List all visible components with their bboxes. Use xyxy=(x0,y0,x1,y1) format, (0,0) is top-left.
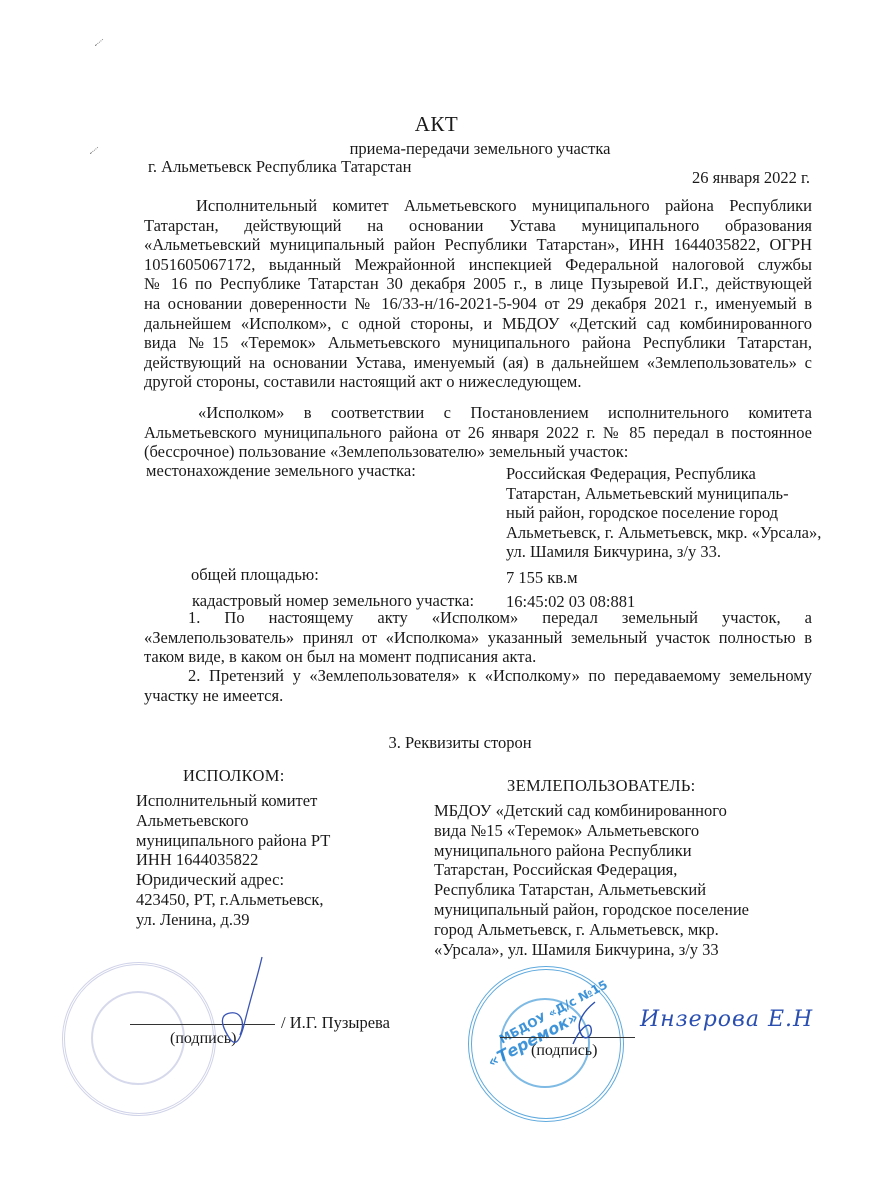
text-line: (бессрочное) пользование «Землепользоват… xyxy=(144,442,812,462)
text-line: Альметьевского xyxy=(136,811,330,831)
clause-1: 1. По настоящему акту «Исполком» передал… xyxy=(144,608,812,667)
text-line: Российская Федерация, Республика xyxy=(506,464,846,484)
text-line: МБДОУ «Детский сад комбинированного xyxy=(434,801,749,821)
text-line: «Исполком» в соответствии с Постановлени… xyxy=(144,403,812,423)
text-line: Юридический адрес: xyxy=(136,870,330,890)
text-line: ул. Шамиля Бикчурина, з/у 33. xyxy=(506,542,846,562)
landuser-details: МБДОУ «Детский сад комбинированного вида… xyxy=(434,801,749,959)
requisites-title: 3. Реквизиты сторон xyxy=(0,733,873,753)
text-line: 2. Претензий у «Землепользователя» к «Ис… xyxy=(144,666,812,686)
text-line: муниципальный район, городское поселение xyxy=(434,900,749,920)
text-line: дальнейшем «Исполком», с одной стороны, … xyxy=(144,314,812,334)
document-subtitle: приема-передачи земельного участка xyxy=(0,139,873,159)
text-line: муниципального района РТ xyxy=(136,831,330,851)
text-line: № 16 по Республике Татарстан 30 декабря … xyxy=(144,274,812,294)
text-line: Исполнительный комитет Альметьевского му… xyxy=(144,196,812,216)
location-label: местонахождение земельного участка: xyxy=(146,461,416,481)
landuser-initials-signature xyxy=(555,1000,615,1050)
landuser-handwritten-name: Инзерова Е.Н xyxy=(640,1007,813,1032)
text-line: действующий на основании Устава, именуем… xyxy=(144,353,812,373)
text-line: на основании доверенности № 16/33-н/16-2… xyxy=(144,294,812,314)
text-line: 1. По настоящему акту «Исполком» передал… xyxy=(144,608,812,628)
document-title: АКТ xyxy=(0,112,873,137)
text-line: город Альметьевск, г. Альметьевск, мкр. xyxy=(434,920,749,940)
text-line: ный район, городское поселение город xyxy=(506,503,846,523)
clause-2: 2. Претензий у «Землепользователя» к «Ис… xyxy=(144,666,812,705)
text-line: «Землепользователь» принял от «Исполкома… xyxy=(144,628,812,648)
text-line: «Урсала», ул. Шамиля Бикчурина, з/у 33 xyxy=(434,940,749,960)
transfer-paragraph: «Исполком» в соответствии с Постановлени… xyxy=(144,403,812,462)
ispolkom-signatory: / И.Г. Пузырева xyxy=(281,1013,390,1033)
text-line: вида №15 «Теремок» Альметьевского муници… xyxy=(144,333,812,353)
text-line: ул. Ленина, д.39 xyxy=(136,910,330,930)
text-line: Альметьевск, г. Альметьевск, мкр. «Урсал… xyxy=(506,523,846,543)
scan-mark xyxy=(95,39,103,46)
text-line: Исполнительный комитет xyxy=(136,791,330,811)
location-value: Российская Федерация, Республика Татарст… xyxy=(506,464,846,562)
document-place: г. Альметьевск Республика Татарстан xyxy=(148,157,411,177)
text-line: Татарстан, Альметьевский муниципаль- xyxy=(506,484,846,504)
text-line: ИНН 1644035822 xyxy=(136,850,330,870)
area-value: 7 155 кв.м xyxy=(506,568,578,588)
ispolkom-handwritten-signature xyxy=(200,955,280,1050)
text-line: другой стороны, составили настоящий акт … xyxy=(144,372,812,392)
document-date: 26 января 2022 г. xyxy=(692,168,810,188)
text-line: 1051605067172, выданный Межрайонной инсп… xyxy=(144,255,812,275)
area-label: общей площадью: xyxy=(191,565,319,585)
landuser-heading: ЗЕМЛЕПОЛЬЗОВАТЕЛЬ: xyxy=(507,776,696,796)
ispolkom-heading: ИСПОЛКОМ: xyxy=(183,766,285,786)
text-line: Альметьевского муниципального района от … xyxy=(144,423,812,443)
ispolkom-details: Исполнительный комитет Альметьевского му… xyxy=(136,791,330,930)
text-line: Татарстан, Российская Федерация, xyxy=(434,860,749,880)
text-line: «Альметьевский муниципальный район Респу… xyxy=(144,235,812,255)
text-line: Татарстан, действующий на основании Уста… xyxy=(144,216,812,236)
text-line: вида №15 «Теремок» Альметьевского xyxy=(434,821,749,841)
text-line: таком виде, в каком он был на момент под… xyxy=(144,647,812,667)
preamble-paragraph: Исполнительный комитет Альметьевского му… xyxy=(144,196,812,392)
text-line: участку не имеется. xyxy=(144,686,812,706)
text-line: Республика Татарстан, Альметьевский xyxy=(434,880,749,900)
text-line: 423450, РТ, г.Альметьевск, xyxy=(136,890,330,910)
text-line: муниципального района Республики xyxy=(434,841,749,861)
